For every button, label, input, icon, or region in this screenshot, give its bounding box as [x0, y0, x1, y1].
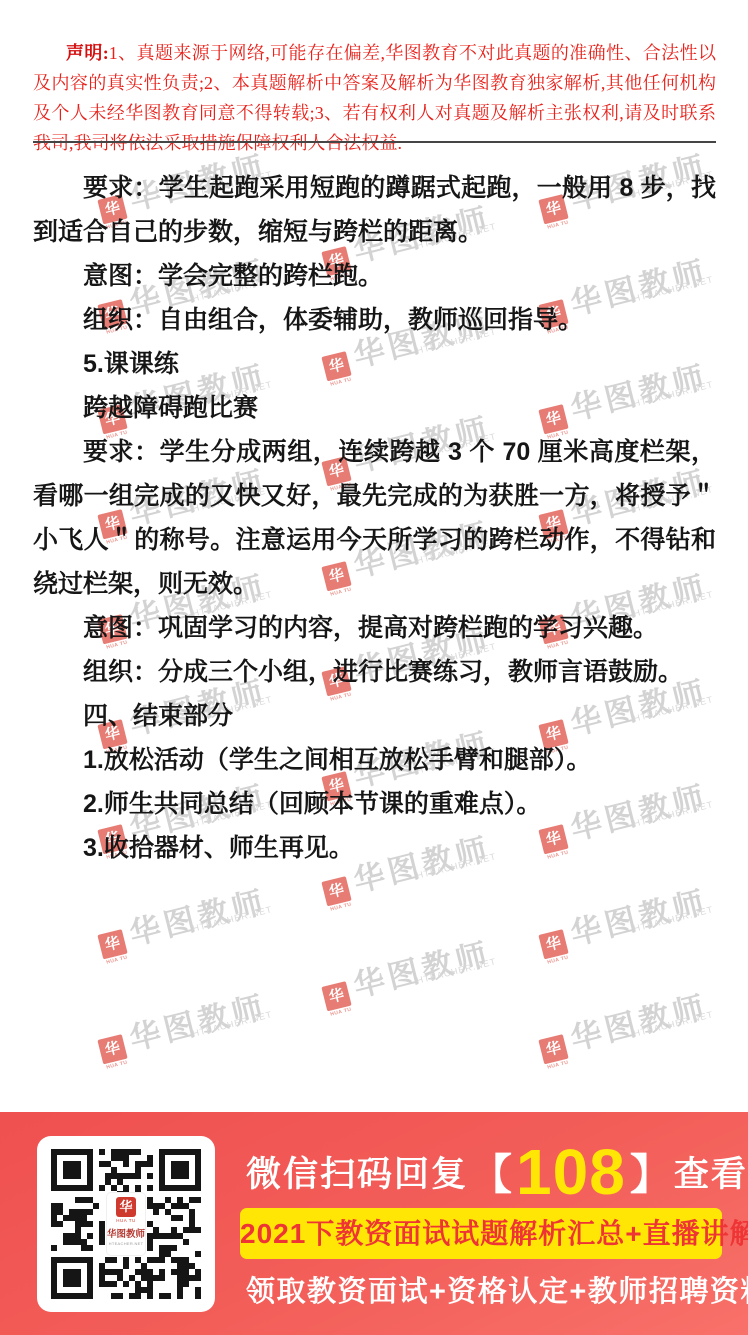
watermark-logo-icon: 华HUA TU [97, 929, 127, 959]
qr-center-logo: 华 HUA TU 华图教师 HTEACHER.NET [106, 1192, 146, 1256]
watermark-logo-icon: 华HUA TU [97, 1034, 127, 1064]
body-paragraph: 2.师生共同总结（回顾本节课的重难点）。 [33, 782, 716, 826]
disclaimer-body: 1、真题来源于网络,可能存在偏差,华图教育不对此真题的准确性、合法性以及内容的真… [33, 43, 716, 153]
body-paragraph: 1.放松活动（学生之间相互放松手臂和腿部）。 [33, 738, 716, 782]
body-paragraph: 组织：自由组合，体委辅助，教师巡回指导。 [33, 298, 716, 342]
watermark-brand-text: 华图教师HTEACHER.NET [126, 990, 270, 1057]
bracket-open: 【 [470, 1142, 512, 1202]
resources-line: 领取教资面试+资格认定+教师招聘资料 [246, 1270, 748, 1314]
body-paragraph: 组织：分成三个小组，进行比赛练习，教师言语鼓励。 [33, 650, 716, 694]
promo-banner: 2021下教资面试试题解析汇总+直播讲解 [240, 1208, 722, 1259]
watermark: 华HUA TU华图教师HTEACHER.NET [327, 869, 499, 903]
watermark: 华HUA TU华图教师HTEACHER.NET [103, 922, 275, 956]
huatu-logo-subtext: HUA TU [116, 1218, 135, 1223]
body-paragraph: 四、结束部分 [33, 694, 716, 738]
body-paragraph: 要求：学生起跑采用短跑的蹲踞式起跑，一般用 8 步，找到适合自己的步数，缩短与跨… [33, 166, 716, 254]
huatu-logo-icon: 华 [116, 1197, 136, 1217]
document-page: 华HUA TU华图教师HTEACHER.NET华HUA TU华图教师HTEACH… [0, 0, 748, 1335]
separator-line [33, 141, 716, 143]
watermark-logo-icon: 华HUA TU [538, 1034, 568, 1064]
watermark: 华HUA TU华图教师HTEACHER.NET [103, 1027, 275, 1061]
huatu-brand-name: 华图教师 [107, 1226, 145, 1240]
reply-code: 108 [516, 1135, 626, 1209]
watermark: 华HUA TU华图教师HTEACHER.NET [544, 1027, 716, 1061]
promo-footer: 华 HUA TU 华图教师 HTEACHER.NET 微信扫码回复 【 108 … [0, 1112, 748, 1335]
watermark-brand-text: 华图教师HTEACHER.NET [567, 990, 711, 1057]
body-paragraph: 5.课课练 [33, 342, 716, 386]
huatu-domain: HTEACHER.NET [109, 1241, 144, 1246]
body-paragraph: 意图：巩固学习的内容，提高对跨栏跑的学习兴趣。 [33, 606, 716, 650]
watermark-brand-text: 华图教师HTEACHER.NET [567, 885, 711, 952]
disclaimer-label: 声明: [66, 43, 109, 63]
disclaimer-text: 声明:1、真题来源于网络,可能存在偏差,华图教育不对此真题的准确性、合法性以及内… [33, 38, 716, 158]
bracket-close: 】 [630, 1142, 672, 1202]
watermark-logo-icon: 华HUA TU [538, 929, 568, 959]
watermark-logo-icon: 华HUA TU [321, 981, 351, 1011]
body-paragraph: 3.收拾器材、师生再见。 [33, 826, 716, 870]
watermark: 华HUA TU华图教师HTEACHER.NET [544, 922, 716, 956]
body-paragraph: 要求：学生分成两组，连续跨越 3 个 70 厘米高度栏架，看哪一组完成的又快又好… [33, 430, 716, 606]
body-paragraph: 意图：学会完整的跨栏跑。 [33, 254, 716, 298]
wechat-instruction: 微信扫码回复 【 108 】 查看 [246, 1134, 748, 1210]
wechat-instruction-prefix: 微信扫码回复 [246, 1147, 468, 1197]
wechat-instruction-suffix: 查看 [674, 1147, 748, 1197]
watermark: 华HUA TU华图教师HTEACHER.NET [327, 974, 499, 1008]
watermark-brand-text: 华图教师HTEACHER.NET [126, 885, 270, 952]
lesson-plan-content: 要求：学生起跑采用短跑的蹲踞式起跑，一般用 8 步，找到适合自己的步数，缩短与跨… [33, 166, 716, 870]
watermark-logo-icon: 华HUA TU [321, 876, 351, 906]
body-paragraph: 跨越障碍跑比赛 [33, 386, 716, 430]
qr-card: 华 HUA TU 华图教师 HTEACHER.NET [37, 1136, 215, 1312]
watermark-brand-text: 华图教师HTEACHER.NET [350, 937, 494, 1004]
